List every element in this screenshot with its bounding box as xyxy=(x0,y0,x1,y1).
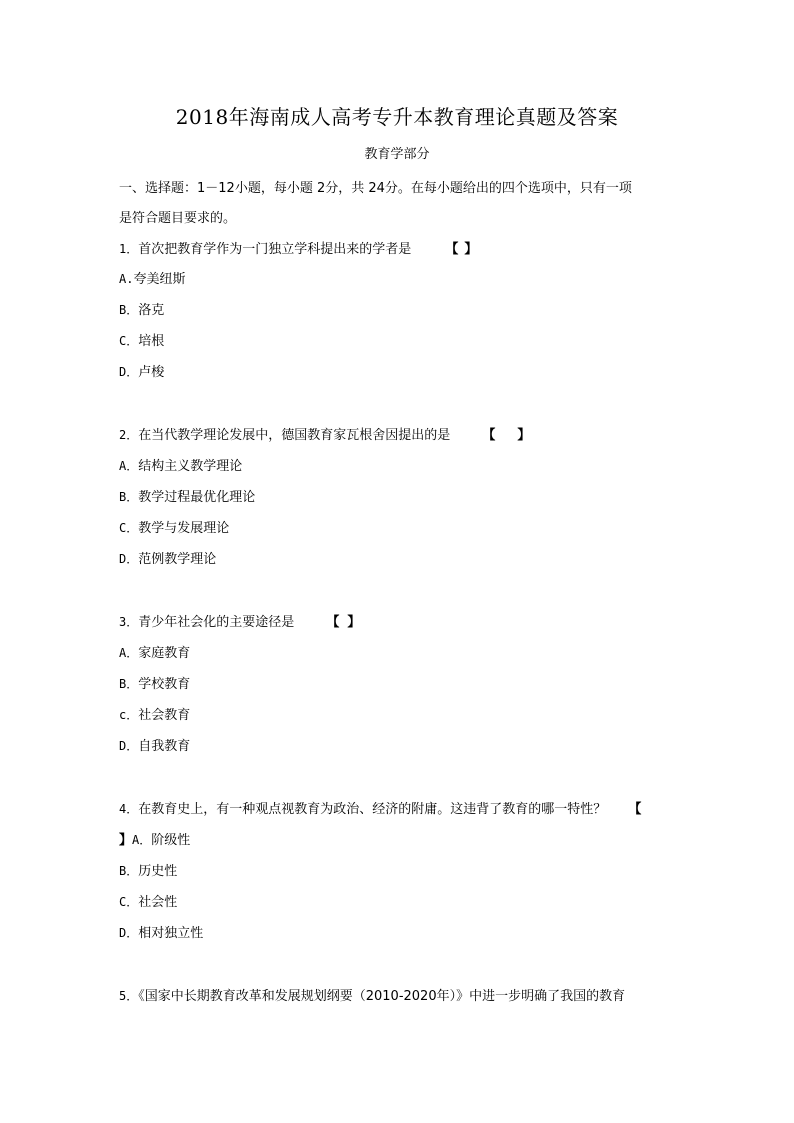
option-text: 结构主义教学理论 xyxy=(138,459,242,474)
question-1-option-b: B．洛克 xyxy=(119,301,164,320)
document-page: 2018年海南成人高考专升本教育理论真题及答案 教育学部分 一、选择题：1－12… xyxy=(0,0,794,1123)
option-text: 卢梭 xyxy=(138,365,164,380)
question-2-option-c: C．教学与发展理论 xyxy=(119,519,229,538)
question-4-option-d: D．相对独立性 xyxy=(119,924,203,943)
answer-bracket-close: 】 xyxy=(119,832,132,850)
question-number: 5． xyxy=(119,989,138,1003)
question-5-stem: 5．《国家中长期教育改革和发展规划纲要（2010-2020年）》中进一步明确了我… xyxy=(119,987,625,1006)
option-text: 家庭教育 xyxy=(138,646,190,661)
question-text: 首次把教育学作为一门独立学科提出来的学者是 xyxy=(138,242,411,257)
option-label: C． xyxy=(119,521,138,535)
option-label: C． xyxy=(119,895,138,909)
option-label: D． xyxy=(119,739,138,753)
question-3-option-a: A．家庭教育 xyxy=(119,644,190,663)
question-text: 《国家中长期教育改革和发展规划纲要（2010-2020年）》中进一步明确了我国的… xyxy=(138,989,625,1004)
question-4-option-a: 】A．阶级性 xyxy=(119,831,190,850)
option-label: D． xyxy=(119,926,138,940)
question-number: 2． xyxy=(119,428,138,442)
question-number: 4． xyxy=(119,802,138,816)
question-3-option-b: B．学校教育 xyxy=(119,675,190,694)
option-text: 洛克 xyxy=(138,303,164,318)
question-number: 3． xyxy=(119,615,138,629)
question-1-option-a: A.夸美纽斯 xyxy=(119,270,185,289)
answer-bracket-open: 【 xyxy=(326,614,339,632)
option-label: c． xyxy=(119,708,138,722)
answer-bracket-open: 【 xyxy=(482,427,495,445)
option-text: 阶级性 xyxy=(151,833,190,848)
option-label: C． xyxy=(119,334,138,348)
option-text: 相对独立性 xyxy=(138,926,203,941)
question-1-stem: 1．首次把教育学作为一门独立学科提出来的学者是 【】 xyxy=(119,240,477,259)
answer-bracket-open: 【 xyxy=(445,241,458,259)
question-2-option-b: B．教学过程最优化理论 xyxy=(119,488,255,507)
option-label: B． xyxy=(119,677,138,691)
option-text: 培根 xyxy=(138,334,164,349)
option-label: A． xyxy=(119,459,138,473)
answer-bracket-open: 【 xyxy=(628,801,641,819)
option-label: A. xyxy=(119,272,133,286)
document-title: 2018年海南成人高考专升本教育理论真题及答案 xyxy=(0,104,794,130)
question-4-stem: 4．在教育史上，有一种观点视教育为政治、经济的附庸。这违背了教育的哪一特性？ 【 xyxy=(119,800,641,819)
answer-bracket-close: 】 xyxy=(347,614,360,632)
option-label: A． xyxy=(132,833,151,847)
question-4-option-c: C．社会性 xyxy=(119,893,177,912)
question-number: 1． xyxy=(119,242,138,256)
section-instruction-line-2: 是符合题目要求的。 xyxy=(119,210,236,228)
question-3-option-c: c．社会教育 xyxy=(119,706,190,725)
question-2-option-a: A．结构主义教学理论 xyxy=(119,457,242,476)
option-label: A． xyxy=(119,646,138,660)
question-3-option-d: D．自我教育 xyxy=(119,737,190,756)
question-3-stem: 3．青少年社会化的主要途径是 【】 xyxy=(119,613,360,632)
option-label: D． xyxy=(119,552,138,566)
question-4-option-b: B．历史性 xyxy=(119,862,177,881)
question-2-option-d: D．范例教学理论 xyxy=(119,550,216,569)
answer-bracket-close: 】 xyxy=(464,241,477,259)
option-label: B． xyxy=(119,490,138,504)
question-1-option-c: C．培根 xyxy=(119,332,164,351)
answer-bracket-close: 】 xyxy=(517,427,530,445)
option-text: 社会教育 xyxy=(138,708,190,723)
option-text: 社会性 xyxy=(138,895,177,910)
option-text: 教学过程最优化理论 xyxy=(138,490,255,505)
option-label: D． xyxy=(119,365,138,379)
question-1-option-d: D．卢梭 xyxy=(119,363,164,382)
option-text: 夸美纽斯 xyxy=(133,272,185,287)
option-text: 自我教育 xyxy=(138,739,190,754)
option-label: B． xyxy=(119,864,138,878)
question-2-stem: 2．在当代教学理论发展中，德国教育家瓦根舍因提出的是 【】 xyxy=(119,426,530,445)
question-text: 在当代教学理论发展中，德国教育家瓦根舍因提出的是 xyxy=(138,428,450,443)
option-text: 教学与发展理论 xyxy=(138,521,229,536)
option-label: B． xyxy=(119,303,138,317)
question-text: 在教育史上，有一种观点视教育为政治、经济的附庸。这违背了教育的哪一特性？ xyxy=(138,802,606,817)
option-text: 历史性 xyxy=(138,864,177,879)
document-subtitle: 教育学部分 xyxy=(0,146,794,164)
section-instruction-line-1: 一、选择题：1－12小题，每小题 2分，共 24分。在每小题给出的四个选项中，只… xyxy=(119,180,632,198)
option-text: 范例教学理论 xyxy=(138,552,216,567)
question-text: 青少年社会化的主要途径是 xyxy=(138,615,294,630)
option-text: 学校教育 xyxy=(138,677,190,692)
